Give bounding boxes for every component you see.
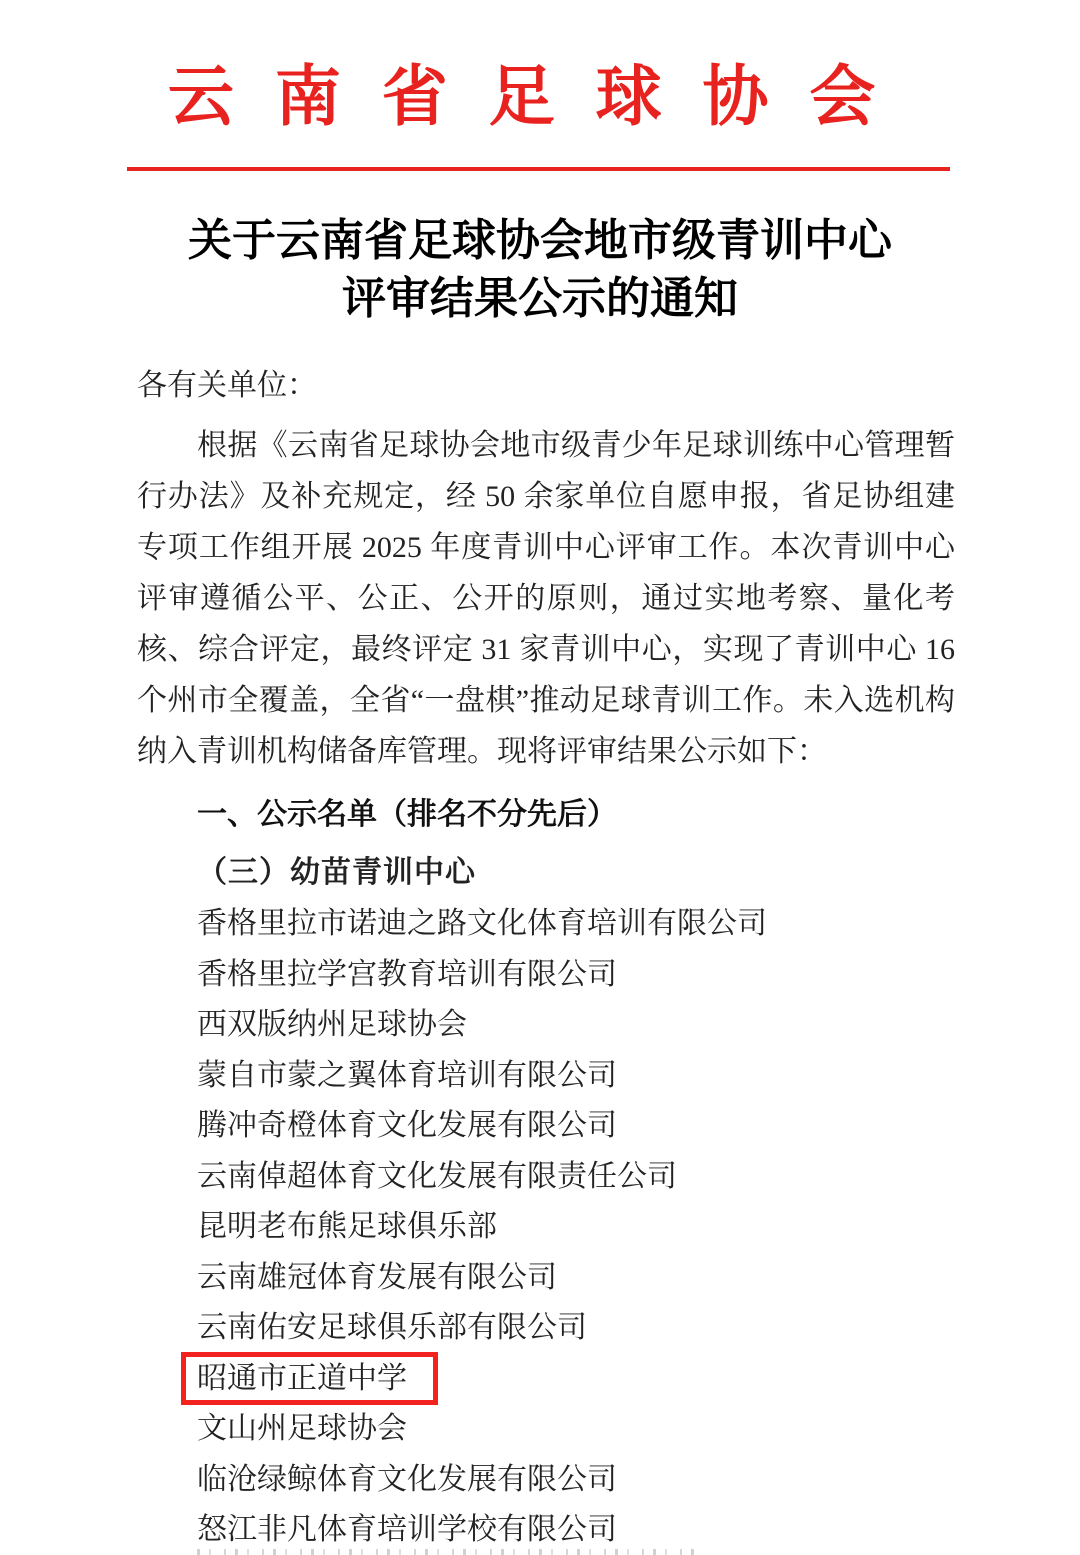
org-name: 云南倬超体育文化发展有限责任公司 [197,1160,677,1193]
org-name: 腾冲奇橙体育文化发展有限公司 [197,1109,617,1142]
salutation: 各有关单位： [137,360,955,412]
doc-title: 关于云南省足球协会地市级青训中心 评审结果公示的通知 [0,212,1080,328]
list-item: 临沧绿鲸体育文化发展有限公司 [137,1455,955,1506]
org-name: 蒙自市蒙之翼体育培训有限公司 [197,1059,617,1092]
notice-document: 云南省足球协会 关于云南省足球协会地市级青训中心 评审结果公示的通知 各有关单位… [0,0,1080,1555]
body-paragraph: 根据《云南省足球协会地市级青少年足球训练中心管理暂行办法》及补充规定，经 50 … [137,420,955,777]
list-item: 腾冲奇橙体育文化发展有限公司 [137,1101,955,1152]
section-heading: 一、公示名单（排名不分先后） [137,789,955,841]
list-item: 昆明老布熊足球俱乐部 [137,1202,955,1253]
org-name: 云南雄冠体育发展有限公司 [197,1261,557,1294]
org-name: 怒江非凡体育培训学校有限公司 [197,1513,617,1546]
list-item: 云南佑安足球俱乐部有限公司 [137,1303,955,1354]
list-item: 香格里拉学宫教育培训有限公司 [137,950,955,1001]
org-name: 昆明老布熊足球俱乐部 [197,1210,497,1243]
list-item: 西双版纳州足球协会 [137,1000,955,1051]
doc-title-line-2: 评审结果公示的通知 [342,274,738,323]
list-item: 昭通市正道中学 [137,1354,955,1405]
list-item: 蒙自市蒙之翼体育培训有限公司 [137,1051,955,1102]
document-body: 各有关单位： 根据《云南省足球协会地市级青少年足球训练中心管理暂行办法》及补充规… [137,360,955,1555]
org-title: 云南省足球协会 [127,60,820,136]
list-item: 香格里拉市诺迪之路文化体育培训有限公司 [137,899,955,950]
list-item: 怒江非凡体育培训学校有限公司 [137,1505,955,1555]
org-name: 香格里拉市诺迪之路文化体育培训有限公司 [197,907,767,940]
doc-title-line-1: 关于云南省足球协会地市级青训中心 [188,216,892,265]
org-name: 文山州足球协会 [197,1412,407,1445]
org-name: 临沧绿鲸体育文化发展有限公司 [197,1463,617,1496]
org-list: 香格里拉市诺迪之路文化体育培训有限公司香格里拉学宫教育培训有限公司西双版纳州足球… [137,899,955,1555]
highlight-box: 昭通市正道中学 [181,1352,438,1405]
org-name: 西双版纳州足球协会 [197,1008,467,1041]
list-item: 云南雄冠体育发展有限公司 [137,1253,955,1304]
org-name: 香格里拉学宫教育培训有限公司 [197,958,617,991]
list-item: 文山州足球协会 [137,1404,955,1455]
list-item: 云南倬超体育文化发展有限责任公司 [137,1152,955,1203]
org-name: 云南佑安足球俱乐部有限公司 [197,1311,587,1344]
header-divider [127,167,950,171]
subsection-heading: （三）幼苗青训中心 [137,847,955,899]
clipped-next-line [197,1549,702,1555]
